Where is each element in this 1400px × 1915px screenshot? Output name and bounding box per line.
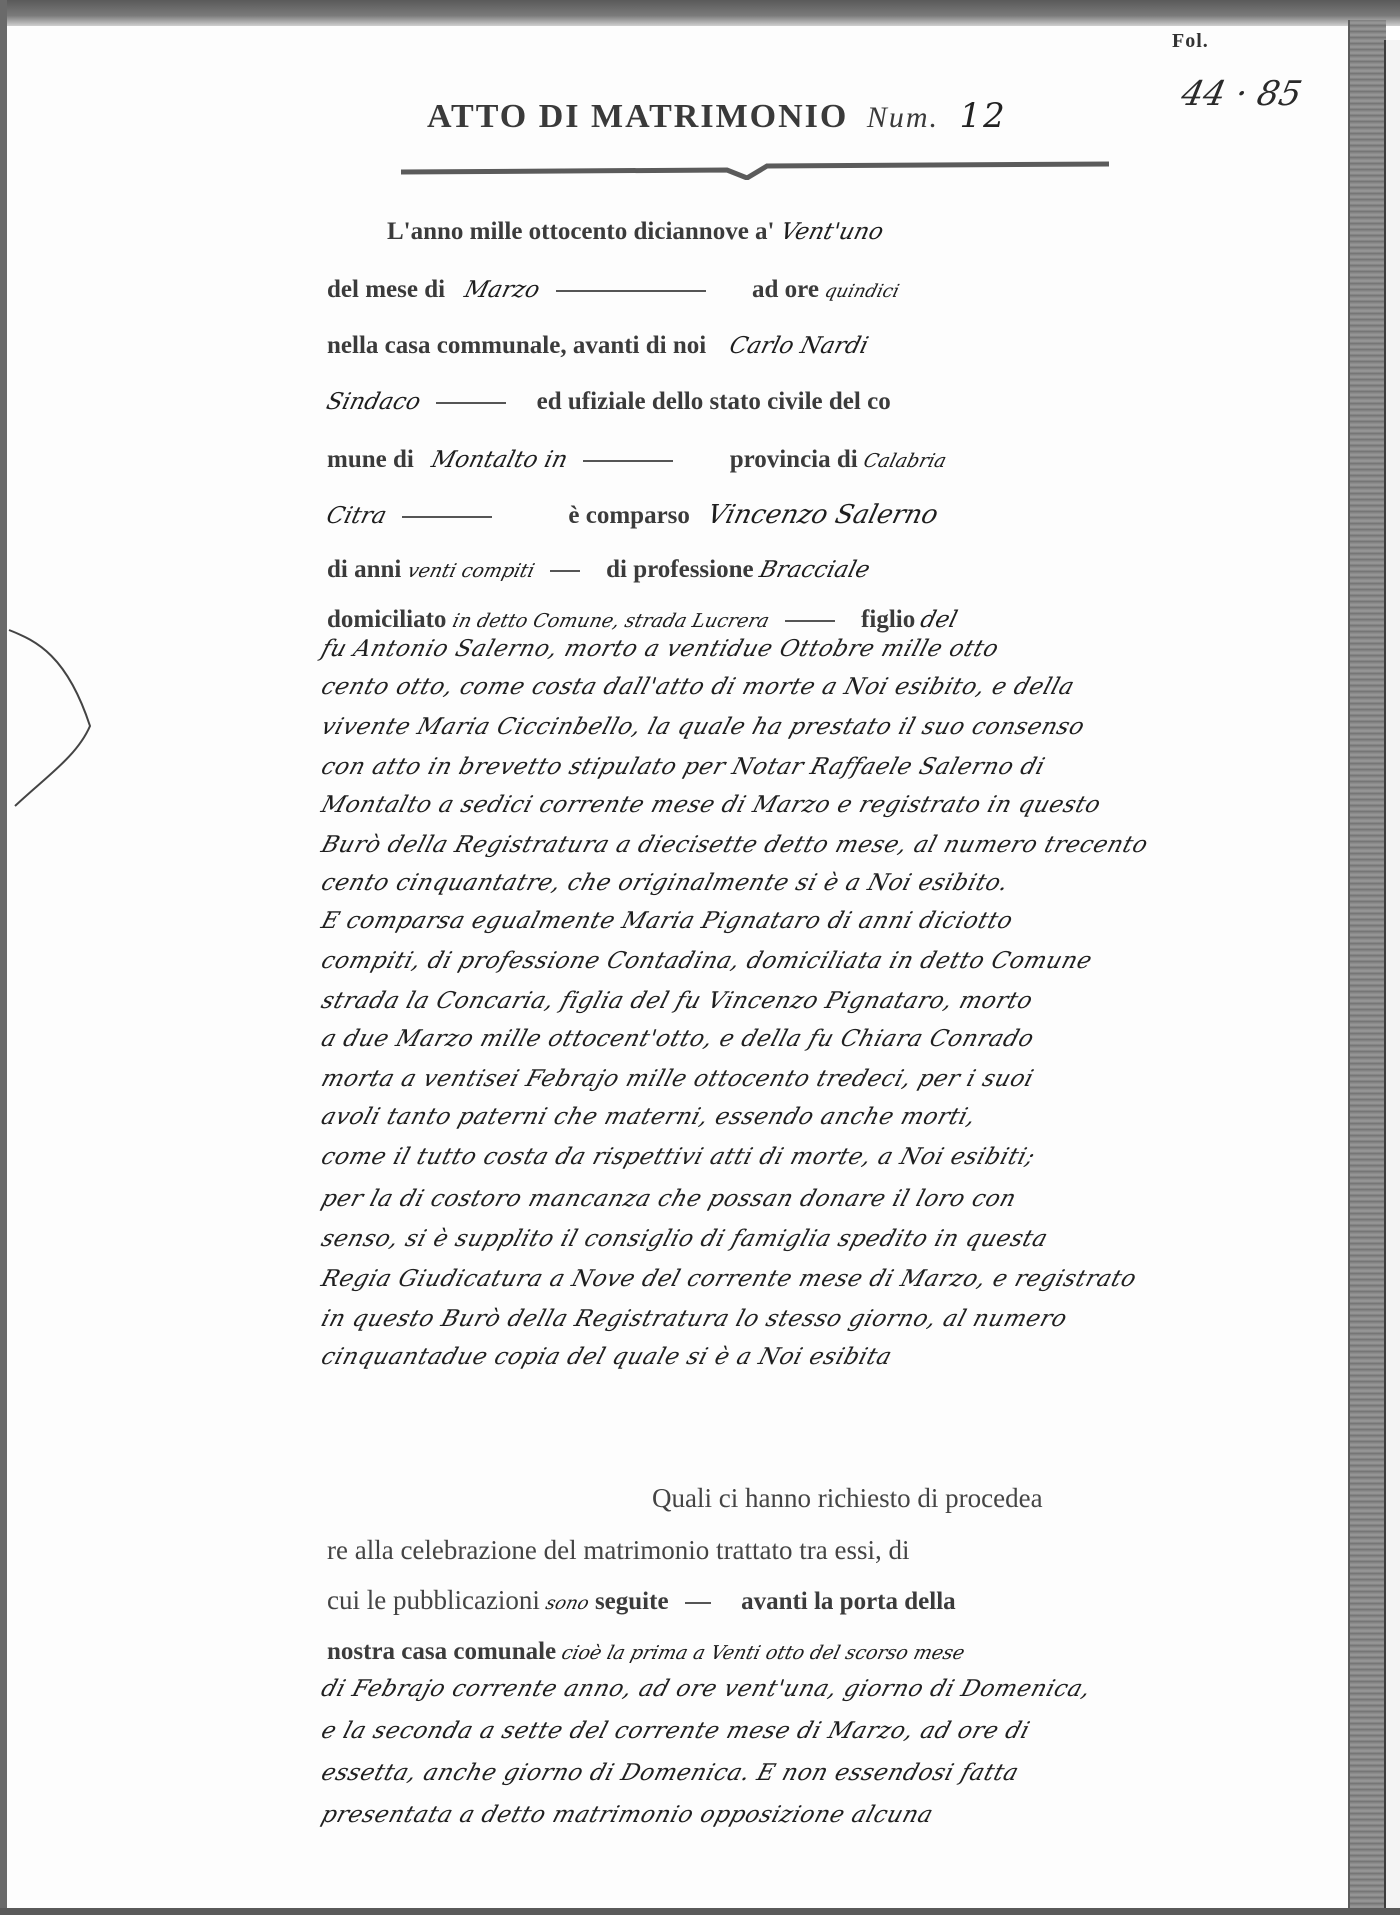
handwritten-title: Sindaco bbox=[321, 378, 426, 426]
fill-dash bbox=[402, 516, 492, 518]
closing-line-1: Quali ci hanno richiesto di procedea bbox=[652, 1474, 1400, 1522]
handwritten-line: fu Antonio Salerno, morto a ventidue Ott… bbox=[318, 636, 1225, 662]
fill-dash bbox=[583, 460, 673, 462]
form-line-5: mune di Montalto in provincia di Calabri… bbox=[327, 436, 1227, 484]
handwritten-groom-profession: Bracciale bbox=[754, 546, 875, 594]
handwritten-line: morta a ventisei Febrajo mille ottocento… bbox=[318, 1066, 1225, 1092]
printed-text: è comparso bbox=[568, 502, 690, 529]
handwritten-line: essetta, anche giorno di Domenica. E non… bbox=[318, 1760, 1225, 1786]
book-spine-shadow bbox=[1348, 20, 1386, 1915]
scan-left-border bbox=[0, 0, 7, 1915]
form-line-6: Citra è comparso Vincenzo Salerno bbox=[327, 491, 1227, 539]
handwritten-line: Regia Giudicatura a Nove del corrente me… bbox=[318, 1266, 1225, 1292]
handwritten-line: strada la Concaria, figlia del fu Vincen… bbox=[318, 988, 1225, 1014]
printed-text: cui le pubblicazioni bbox=[327, 1585, 540, 1615]
handwritten-groom-age: venti compiti bbox=[402, 547, 540, 595]
form-line-2: del mese di Marzo ad ore quindici bbox=[327, 266, 1227, 314]
handwritten-line: come il tutto costa da rispettivi atti d… bbox=[318, 1144, 1225, 1170]
printed-text: nella casa communale, avanti di noi bbox=[327, 332, 706, 359]
folio-number: 44 · 85 bbox=[1178, 74, 1305, 114]
handwritten-mayor-name: Carlo Nardi bbox=[724, 322, 874, 370]
handwritten-line: presentata a detto matrimonio opposizion… bbox=[318, 1802, 1225, 1828]
corner-reference: Fol. bbox=[1172, 30, 1209, 53]
record-number: 12 bbox=[960, 96, 1007, 136]
handwritten-line: avoli tanto paterni che materni, essendo… bbox=[318, 1104, 1225, 1130]
printed-text: nostra casa comunale bbox=[327, 1638, 556, 1665]
handwritten-day: Vent'uno bbox=[775, 208, 889, 256]
printed-text: L'anno mille ottocento diciannove a' bbox=[387, 218, 775, 245]
handwritten-line: con atto in brevetto stipulato per Notar… bbox=[318, 754, 1225, 780]
form-line-1: L'anno mille ottocento diciannove a' Ven… bbox=[387, 208, 1287, 256]
handwritten-groom-name: Vincenzo Salerno bbox=[702, 491, 943, 539]
printed-text: figlio bbox=[861, 606, 915, 633]
handwritten-line: di Febrajo corrente anno, ad ore vent'un… bbox=[318, 1676, 1225, 1702]
printed-text: provincia di bbox=[730, 446, 858, 473]
closing-line-2: re alla celebrazione del matrimonio trat… bbox=[327, 1526, 1227, 1574]
handwritten-line: E comparsa egualmente Maria Pignataro di… bbox=[318, 908, 1225, 934]
printed-text: Quali ci hanno richiesto di procedea bbox=[652, 1483, 1043, 1513]
scan-top-border bbox=[0, 0, 1400, 26]
handwritten-province-cont: Citra bbox=[321, 492, 392, 540]
handwritten-line: in questo Burò della Registratura lo ste… bbox=[318, 1306, 1225, 1332]
number-label: Num. bbox=[867, 101, 939, 134]
document-page: Fol. 44 · 85 ATTO DI MATRIMONIO Num. 12 … bbox=[7, 26, 1348, 1908]
handwritten-line: senso, si è supplito il consiglio di fam… bbox=[318, 1226, 1225, 1252]
fill-dash bbox=[436, 402, 506, 404]
printed-text: di professione bbox=[606, 556, 753, 583]
closing-line-4: nostra casa comunale cioè la prima a Ven… bbox=[327, 1628, 1227, 1676]
scan-bottom-border bbox=[0, 1908, 1400, 1915]
handwritten-line: per la di costoro mancanza che possan do… bbox=[318, 1186, 1225, 1212]
fill-dash bbox=[685, 1602, 711, 1604]
handwritten-line: Montalto a sedici corrente mese di Marzo… bbox=[318, 792, 1225, 818]
title-ornament-rule bbox=[397, 158, 1117, 180]
handwritten-line: cinquantadue copia del quale si è a Noi … bbox=[318, 1344, 1225, 1370]
handwritten-line: a due Marzo mille ottocent'otto, e della… bbox=[318, 1026, 1225, 1052]
handwritten-text: sono bbox=[540, 1580, 594, 1628]
title-text: ATTO DI MATRIMONIO bbox=[427, 98, 848, 135]
form-line-3: nella casa communale, avanti di noi Carl… bbox=[327, 322, 1227, 370]
margin-bracket-mark bbox=[7, 616, 97, 816]
handwritten-line: Burò della Registratura a diecisette det… bbox=[318, 832, 1225, 858]
handwritten-month: Marzo bbox=[459, 266, 545, 314]
document-title: ATTO DI MATRIMONIO Num. 12 bbox=[427, 96, 1007, 136]
handwritten-line: vivente Maria Ciccinbello, la quale ha p… bbox=[318, 714, 1225, 740]
printed-text: di anni bbox=[327, 556, 401, 583]
printed-text: del mese di bbox=[327, 276, 445, 303]
scan-right-edge bbox=[1384, 40, 1400, 1915]
printed-text: mune di bbox=[327, 446, 414, 473]
handwritten-province: Calabria bbox=[858, 437, 952, 485]
printed-text: avanti la porta della bbox=[741, 1588, 956, 1615]
printed-text: ed ufiziale dello stato civile del co bbox=[537, 388, 891, 415]
printed-text: re alla celebrazione del matrimonio trat… bbox=[327, 1535, 910, 1565]
handwritten-line: cento otto, come costa dall'atto di mort… bbox=[318, 674, 1225, 700]
fill-dash bbox=[785, 620, 835, 622]
printed-text: domiciliato bbox=[327, 606, 446, 633]
printed-text: ad ore bbox=[752, 276, 819, 303]
handwritten-commune: Montalto in bbox=[426, 436, 573, 484]
handwritten-line: cento cinquantatre, che originalmente si… bbox=[318, 870, 1225, 896]
closing-line-3: cui le pubblicazioni sono seguite avanti… bbox=[327, 1576, 1227, 1624]
handwritten-hour: quindici bbox=[819, 268, 905, 316]
fill-dash bbox=[550, 570, 580, 572]
handwritten-text: cioè la prima a Venti otto del scorso me… bbox=[556, 1629, 970, 1677]
fill-dash bbox=[556, 290, 706, 292]
form-line-7: di anni venti compiti di professione Bra… bbox=[327, 546, 1227, 594]
handwritten-line: compiti, di professione Contadina, domic… bbox=[318, 948, 1225, 974]
printed-text: seguite bbox=[595, 1588, 669, 1615]
form-line-4: Sindaco ed ufiziale dello stato civile d… bbox=[327, 378, 1227, 426]
handwritten-line: e la seconda a sette del corrente mese d… bbox=[318, 1718, 1225, 1744]
